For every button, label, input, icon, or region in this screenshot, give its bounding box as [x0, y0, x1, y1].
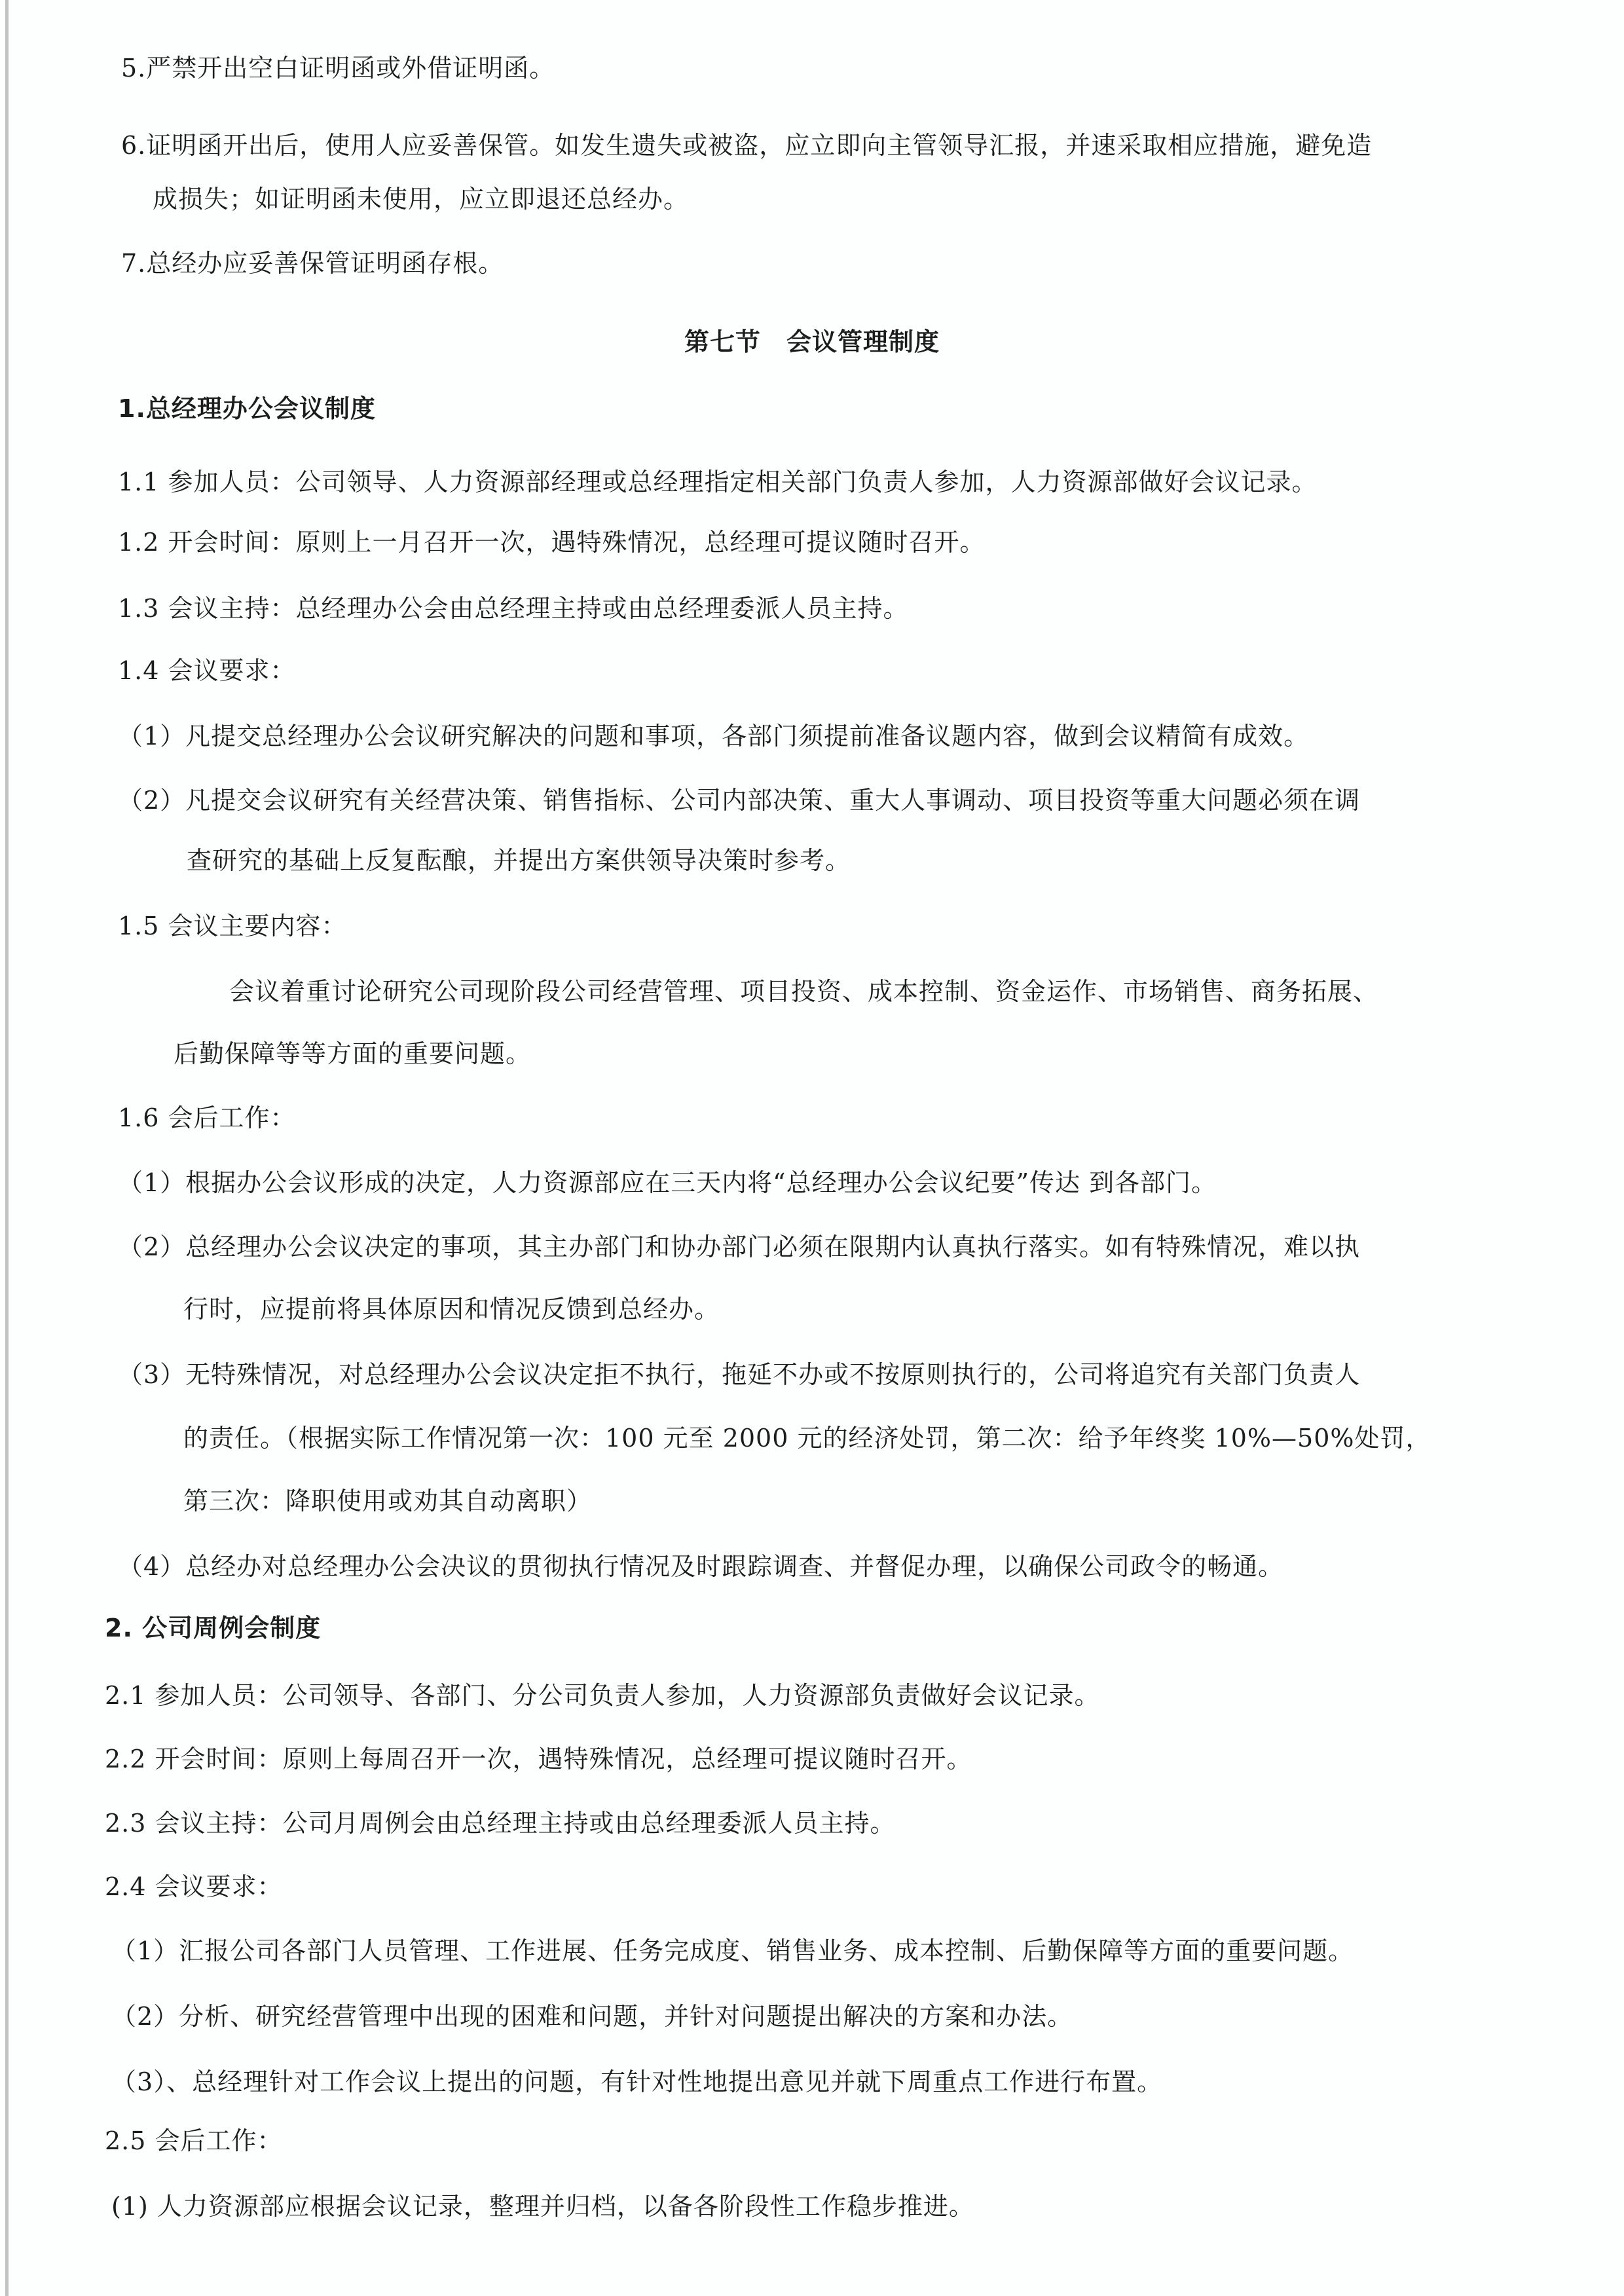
- item-1-6-4: （4）总经办对总经理办公会决议的贯彻执行情况及时跟踪调查、并督促办理，以确保公司…: [118, 1551, 1283, 1582]
- item-1-5: 1.5 会议主要内容：: [118, 910, 347, 942]
- section-heading: 第七节 会议管理制度: [0, 326, 1624, 358]
- item-1-6-2-line1: （2）总经理办公会议决定的事项，其主办部门和协办部门必须在限期内认真执行落实。如…: [118, 1231, 1360, 1263]
- item-1-5-body-line1: 会议着重讨论研究公司现阶段公司经营管理、项目投资、成本控制、资金运作、市场销售、…: [229, 976, 1378, 1007]
- item-1-6-1: （1）根据办公会议形成的决定，人力资源部应在三天内将“总经理办公会议纪要”传达 …: [118, 1167, 1217, 1198]
- item-1-3: 1.3 会议主持：总经理办公会由总经理主持或由总经理委派人员主持。: [118, 593, 909, 624]
- item-1-6-3-line1: （3）无特殊情况，对总经理办公会议决定拒不执行，拖延不办或不按原则执行的，公司将…: [118, 1359, 1360, 1390]
- item-1-4-2-line1: （2）凡提交会议研究有关经营决策、销售指标、公司内部决策、重大人事调动、项目投资…: [118, 785, 1360, 816]
- item-1-6-3-line2: 的责任。（根据实际工作情况第一次：100 元至 2000 元的经济处罚，第二次：…: [183, 1422, 1431, 1454]
- subsection-heading-2: 2. 公司周例会制度: [105, 1612, 321, 1644]
- item-2-4-2: （2）分析、研究经营管理中出现的困难和问题，并针对问题提出解决的方案和办法。: [111, 2001, 1073, 2032]
- item-6-line1: 6.证明函开出后，使用人应妥善保管。如发生遗失或被盗，应立即向主管领导汇报，并速…: [121, 130, 1372, 161]
- item-1-1: 1.1 参加人员：公司领导、人力资源部经理或总经理指定相关部门负责人参加，人力资…: [118, 466, 1318, 498]
- item-1-4-2-line2: 查研究的基础上反复酝酿，并提出方案供领导决策时参考。: [187, 845, 851, 876]
- item-2-4: 2.4 会议要求：: [105, 1871, 283, 1902]
- item-6-line2: 成损失；如证明函未使用，应立即退还总经办。: [153, 183, 689, 215]
- item-2-5-1: (1) 人力资源部应根据会议记录，整理并归档，以备各阶段性工作稳步推进。: [111, 2191, 974, 2222]
- item-2-2: 2.2 开会时间：原则上每周召开一次，遇特殊情况，总经理可提议随时召开。: [105, 1743, 972, 1775]
- item-1-6-2-line2: 行时，应提前将具体原因和情况反馈到总经办。: [183, 1293, 720, 1325]
- item-1-4: 1.4 会议要求：: [118, 655, 296, 686]
- item-2-5: 2.5 会后工作：: [105, 2125, 283, 2157]
- item-2-1: 2.1 参加人员：公司领导、各部门、分公司负责人参加，人力资源部负责做好会议记录…: [105, 1680, 1100, 1711]
- item-2-4-1: （1）汇报公司各部门人员管理、工作进展、任务完成度、销售业务、成本控制、后勤保障…: [111, 1935, 1354, 1967]
- item-1-5-body-line2: 后勤保障等等方面的重要问题。: [174, 1038, 531, 1069]
- item-1-2: 1.2 开会时间：原则上一月召开一次，遇特殊情况，总经理可提议随时召开。: [118, 527, 986, 558]
- item-1-4-1: （1）凡提交总经理办公会议研究解决的问题和事项，各部门须提前准备议题内容，做到会…: [118, 720, 1309, 752]
- subsection-heading-1: 1.总经理办公会议制度: [118, 393, 376, 424]
- item-2-3: 2.3 会议主持：公司月周例会由总经理主持或由总经理委派人员主持。: [105, 1807, 896, 1839]
- item-1-6: 1.6 会后工作：: [118, 1102, 296, 1134]
- item-7: 7.总经办应妥善保管证明函存根。: [121, 248, 504, 279]
- item-1-6-3-line3: 第三次：降职使用或劝其自动离职）: [183, 1485, 592, 1517]
- item-5: 5.严禁开出空白证明函或外借证明函。: [121, 52, 555, 84]
- item-2-4-3: （3）、总经理针对工作会议上提出的问题，有针对性地提出意见并就下周重点工作进行布…: [111, 2066, 1162, 2098]
